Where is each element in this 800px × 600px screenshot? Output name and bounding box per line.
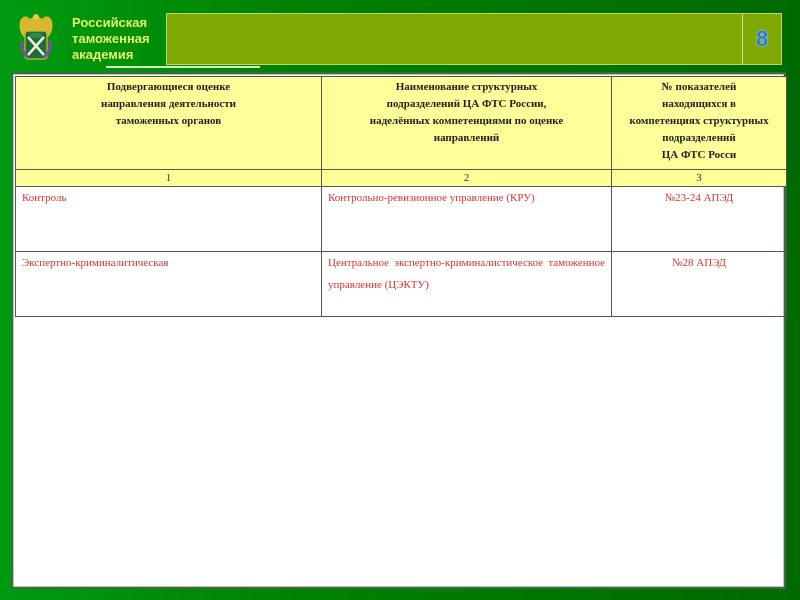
direction-cell: Экспертно-криминалитическая xyxy=(16,252,322,317)
direction-cell: Контроль xyxy=(16,187,322,252)
brand-name: Российская таможенная академия xyxy=(72,15,150,63)
assessment-table: Подвергающиеся оценке направления деятел… xyxy=(15,76,787,317)
brand-line-1: Российская xyxy=(72,15,150,31)
unit-cell: Центральное экспертно-криминалистическое… xyxy=(322,252,612,317)
column-number: 2 xyxy=(322,170,612,187)
table-row: Контроль Контрольно-ревизионное управлен… xyxy=(16,187,787,252)
table-row: Экспертно-криминалитическая Центральное … xyxy=(16,252,787,317)
header-cell-unit: Наименование структурных подразделений Ц… xyxy=(322,77,612,170)
indicators-cell: №23-24 АПЭД xyxy=(612,187,787,252)
table-header-row: Подвергающиеся оценке направления деятел… xyxy=(16,77,787,170)
column-number: 1 xyxy=(16,170,322,187)
brand-line-3: академия xyxy=(72,47,150,63)
header-underline xyxy=(106,66,260,68)
title-bar: 8 xyxy=(166,13,782,65)
brand-line-2: таможенная xyxy=(72,31,150,47)
customs-emblem-icon xyxy=(16,11,56,63)
column-number-row: 1 2 3 xyxy=(16,170,787,187)
indicators-cell: №28 АПЭД xyxy=(612,252,787,317)
unit-cell: Контрольно-ревизионное управление (КРУ) xyxy=(322,187,612,252)
content-panel: Подвергающиеся оценке направления деятел… xyxy=(11,72,786,589)
header-cell-indicators: № показателей находящихся в компетенциях… xyxy=(612,77,787,170)
header-cell-direction: Подвергающиеся оценке направления деятел… xyxy=(16,77,322,170)
column-number: 3 xyxy=(612,170,787,187)
slide-number: 8 xyxy=(743,14,781,64)
